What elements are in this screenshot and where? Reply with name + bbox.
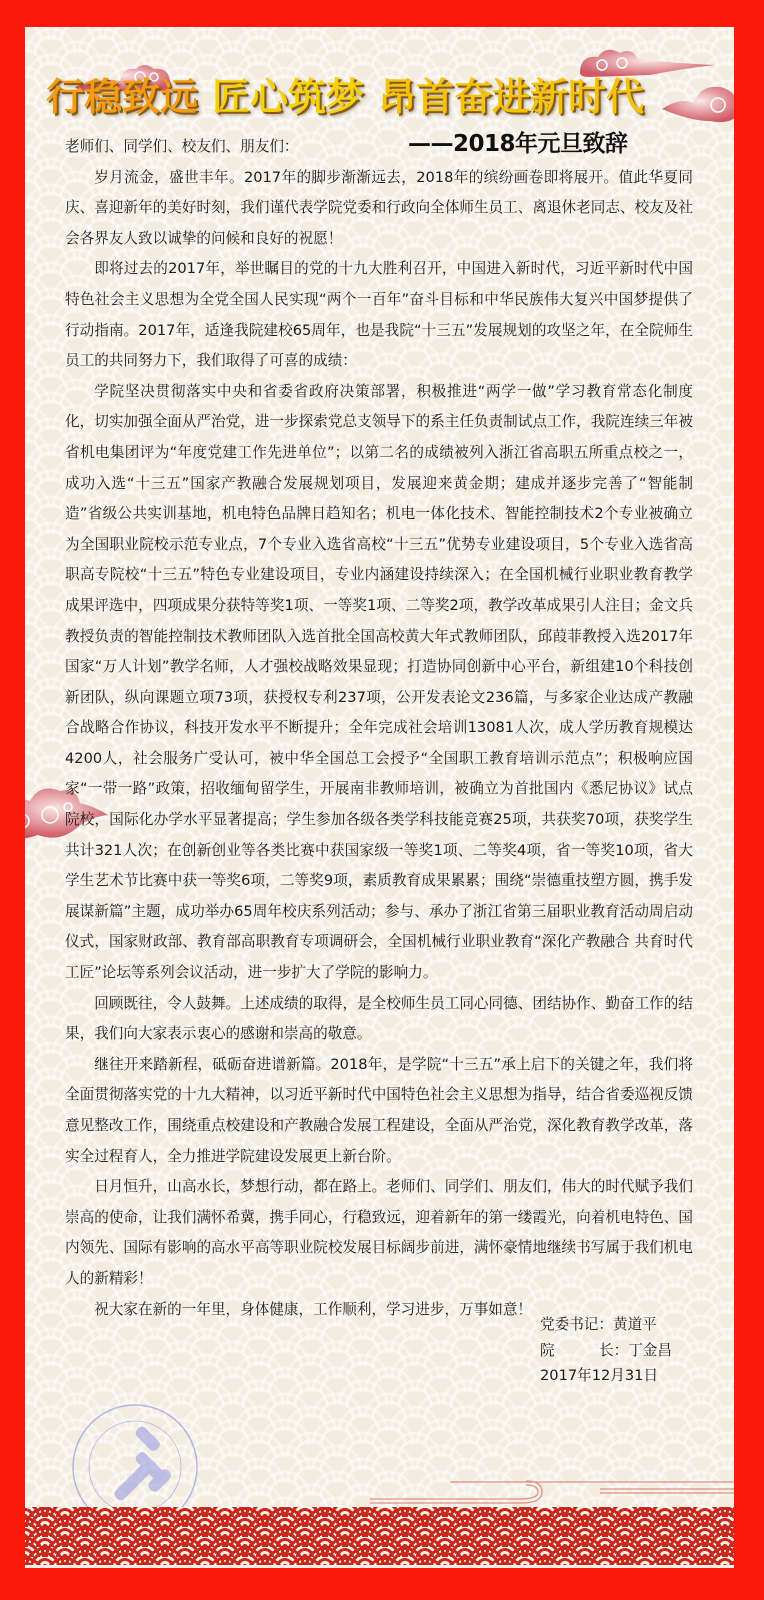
signature-date: 2017年12月31日 [540, 1363, 672, 1389]
paragraph: 即将过去的2017年，举世瞩目的党的十九大胜利召开，中国进入新时代，习近平新时代… [65, 254, 693, 376]
president-signature: 院长：丁金昌 [540, 1338, 672, 1364]
salutation: 老师们、同学们、校友们、朋友们： [65, 132, 693, 163]
secretary-signature: 党委书记：黄道平 [540, 1312, 672, 1338]
title-part-2: 匠心筑梦 [212, 75, 364, 119]
secretary-label: 党委书记： [540, 1316, 613, 1333]
signature-block: 党委书记：黄道平 院长：丁金昌 2017年12月31日 [540, 1312, 672, 1389]
title-part-1: 行稳致远 [46, 75, 198, 119]
paragraph: 继往开来踏新程，砥砺奋进谱新篇。2018年，是学院“十三五”承上启下的关键之年，… [65, 1050, 693, 1172]
paragraph: 日月恒升，山高水长，梦想行动，都在路上。老师们、同学们、朋友们，伟大的时代赋予我… [65, 1172, 693, 1294]
page-title: 行稳致远匠心筑梦昂首奋进新时代 [46, 66, 686, 121]
title-part-3: 昂首奋进新时代 [378, 75, 644, 119]
secretary-name: 黄道平 [613, 1316, 657, 1333]
president-label-a: 院 [540, 1338, 599, 1364]
bottom-wave-pattern [25, 1507, 734, 1568]
letter-body: 老师们、同学们、校友们、朋友们： 岁月流金，盛世丰年。2017年的脚步渐渐远去，… [65, 132, 693, 1325]
president-name: 丁金昌 [628, 1342, 672, 1359]
paragraph: 岁月流金，盛世丰年。2017年的脚步渐渐远去，2018年的缤纷画卷即将展开。值此… [65, 163, 693, 255]
president-label-b: 长： [599, 1342, 628, 1359]
paragraph: 回顾既往，令人鼓舞。上述成绩的取得，是全校师生员工同心同德、团结协作、勤奋工作的… [65, 989, 693, 1050]
paragraph: 学院坚决贯彻落实中央和省委省政府决策部署，积极推进“两学一做”学习教育常态化制度… [65, 377, 693, 989]
